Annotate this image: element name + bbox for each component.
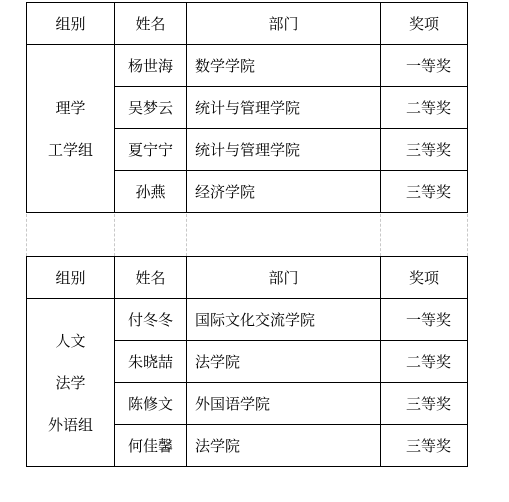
award-cell: 一等奖 — [381, 45, 468, 87]
header-award: 奖项 — [381, 3, 468, 45]
group-cell: 理学 工学组 — [27, 45, 115, 213]
name-cell: 夏宁宁 — [115, 129, 187, 171]
header-dept: 部门 — [187, 257, 381, 299]
group-line: 人文 — [27, 320, 114, 362]
name-cell: 孙燕 — [115, 171, 187, 213]
name-cell: 吴梦云 — [115, 87, 187, 129]
dept-cell: 国际文化交流学院 — [187, 299, 381, 341]
header-dept: 部门 — [187, 3, 381, 45]
dept-cell: 外国语学院 — [187, 383, 381, 425]
award-cell: 一等奖 — [381, 299, 468, 341]
group-cell: 人文 法学 外语组 — [27, 299, 115, 467]
dept-cell: 经济学院 — [187, 171, 381, 213]
gridline — [114, 214, 115, 256]
table-row: 理学 工学组 杨世海 数学学院 一等奖 — [27, 45, 468, 87]
dept-cell: 法学院 — [187, 425, 381, 467]
header-award: 奖项 — [381, 257, 468, 299]
award-cell: 三等奖 — [381, 171, 468, 213]
group-line: 法学 — [27, 362, 114, 404]
group-line: 理学 — [27, 87, 114, 129]
table-header-row: 组别 姓名 部门 奖项 — [27, 257, 468, 299]
name-cell: 付冬冬 — [115, 299, 187, 341]
dept-cell: 统计与管理学院 — [187, 87, 381, 129]
name-cell: 杨世海 — [115, 45, 187, 87]
group-line: 工学组 — [27, 129, 114, 171]
award-cell: 三等奖 — [381, 129, 468, 171]
name-cell: 陈修文 — [115, 383, 187, 425]
header-name: 姓名 — [115, 257, 187, 299]
header-group: 组别 — [27, 3, 115, 45]
table-row: 人文 法学 外语组 付冬冬 国际文化交流学院 一等奖 — [27, 299, 468, 341]
award-cell: 二等奖 — [381, 87, 468, 129]
group-line: 外语组 — [27, 404, 114, 446]
gridline — [26, 214, 27, 256]
dept-cell: 法学院 — [187, 341, 381, 383]
award-table-humanities-law-languages: 组别 姓名 部门 奖项 人文 法学 外语组 付冬冬 国际文化交流学院 一等奖 朱… — [26, 256, 468, 467]
dept-cell: 统计与管理学院 — [187, 129, 381, 171]
gridline — [186, 214, 187, 256]
award-cell: 二等奖 — [381, 341, 468, 383]
name-cell: 朱晓喆 — [115, 341, 187, 383]
award-table-science-engineering: 组别 姓名 部门 奖项 理学 工学组 杨世海 数学学院 一等奖 吴梦云 统计与管… — [26, 2, 468, 213]
award-cell: 三等奖 — [381, 425, 468, 467]
table-gap-gridlines — [26, 214, 467, 256]
gridline — [380, 214, 381, 256]
gridline — [467, 214, 468, 256]
dept-cell: 数学学院 — [187, 45, 381, 87]
header-name: 姓名 — [115, 3, 187, 45]
award-cell: 三等奖 — [381, 383, 468, 425]
name-cell: 何佳馨 — [115, 425, 187, 467]
table-header-row: 组别 姓名 部门 奖项 — [27, 3, 468, 45]
header-group: 组别 — [27, 257, 115, 299]
